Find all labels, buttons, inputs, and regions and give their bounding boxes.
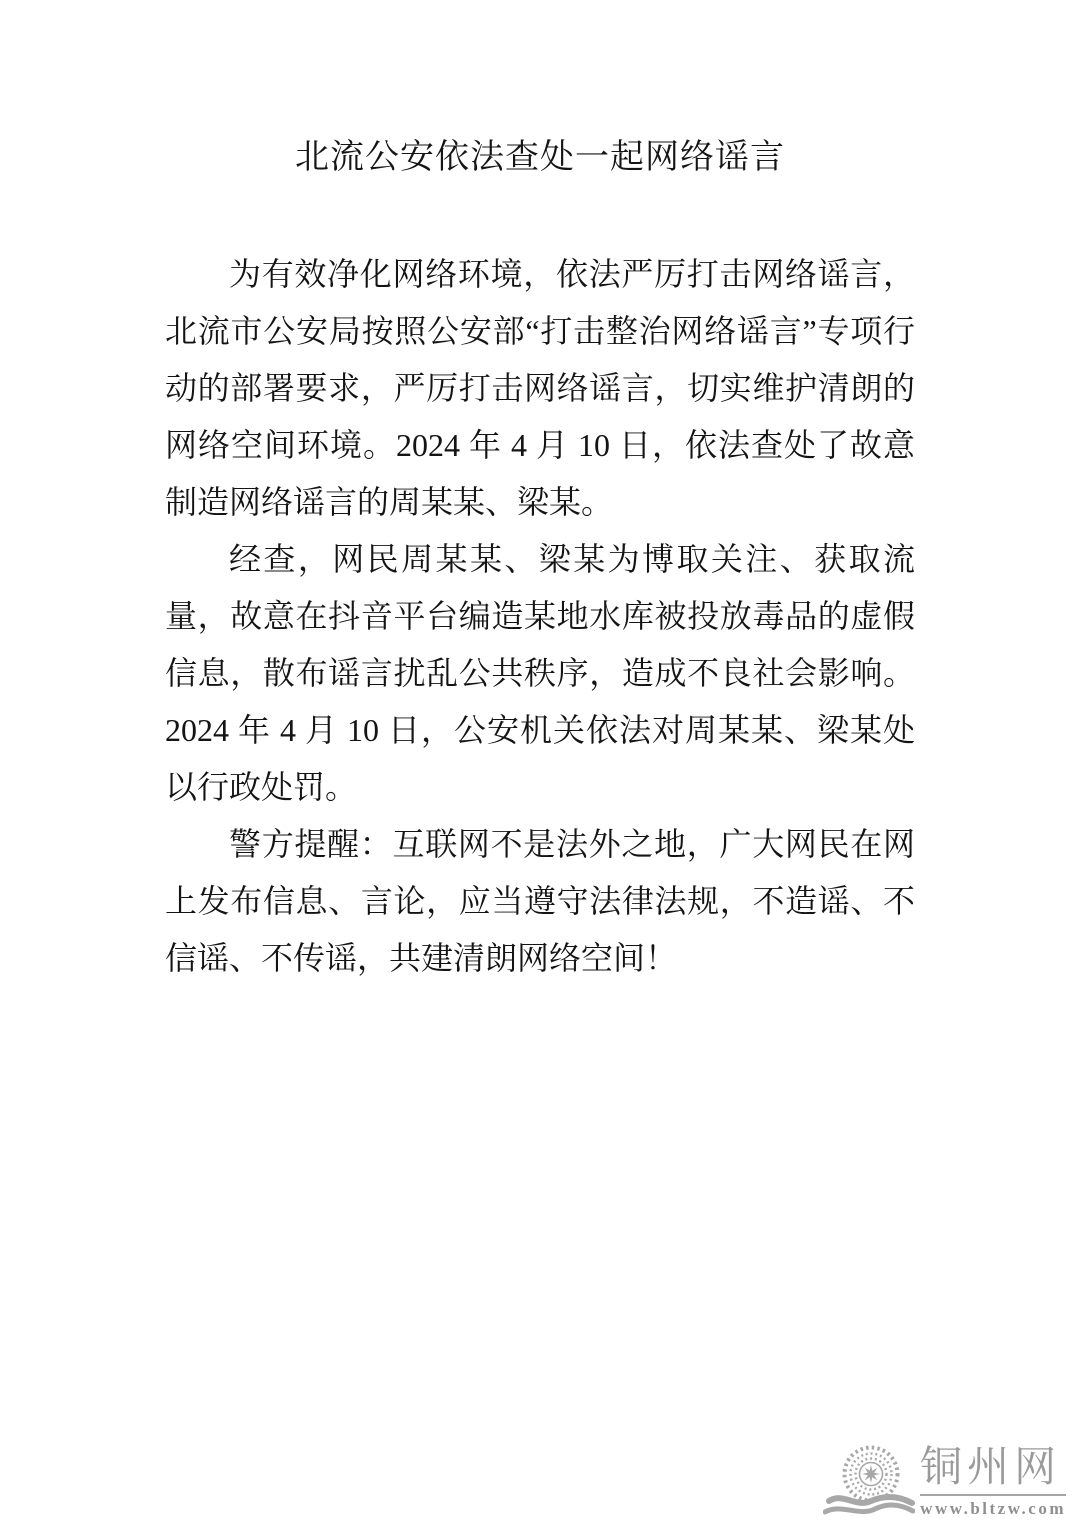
paragraph-2: 经查，网民周某某、梁某为博取关注、获取流量，故意在抖音平台编造某地水库被投放毒品… [165,531,915,816]
watermark-site-url: www.bltzw.com [920,1496,1066,1519]
document-body: 为有效净化网络环境，依法严厉打击网络谣言，北流市公安局按照公安部“打击整治网络谣… [165,246,915,987]
document-page: 北流公安依法查处一起网络谣言 为有效净化网络环境，依法严厉打击网络谣言，北流市公… [0,0,1080,1527]
paragraph-1: 为有效净化网络环境，依法严厉打击网络谣言，北流市公安局按照公安部“打击整治网络谣… [165,246,915,531]
paragraph-3: 警方提醒：互联网不是法外之地，广大网民在网上发布信息、言论，应当遵守法律法规，不… [165,816,915,987]
seal-over-waves-logo-icon [823,1445,915,1519]
watermark-text-block: 铜州网 www.bltzw.com [920,1446,1066,1519]
document-title: 北流公安依法查处一起网络谣言 [0,0,1080,176]
watermark-site-name: 铜州网 [920,1446,1066,1496]
site-watermark: 铜州网 www.bltzw.com [823,1445,1066,1519]
